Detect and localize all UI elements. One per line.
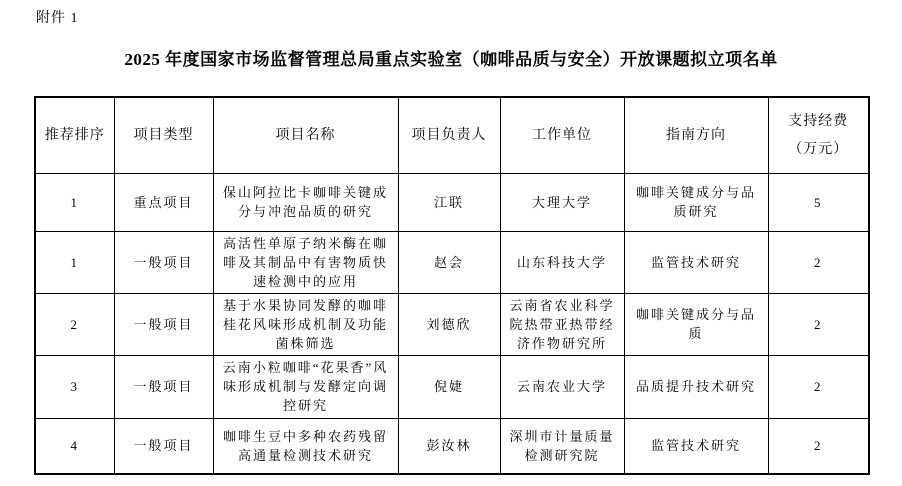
cell-rank: 2: [35, 293, 114, 355]
header-rank: 推荐排序: [35, 97, 114, 173]
cell-unit: 山东科技大学: [500, 231, 624, 293]
header-funding-line1: 支持经费: [774, 112, 864, 131]
cell-funding: 5: [768, 173, 869, 231]
header-name: 项目名称: [213, 97, 398, 173]
cell-rank: 3: [35, 355, 114, 418]
table-row: 4 一般项目 咖啡生豆中多种农药残留高通量检测技术研究 彭汝林 深圳市计量质量检…: [35, 418, 869, 474]
cell-leader: 赵会: [398, 231, 500, 293]
cell-unit: 大理大学: [500, 173, 624, 231]
header-unit: 工作单位: [500, 97, 624, 173]
cell-name: 咖啡生豆中多种农药残留高通量检测技术研究: [213, 418, 398, 474]
cell-unit: 云南农业大学: [500, 355, 624, 418]
cell-rank: 1: [35, 231, 114, 293]
table-row: 1 重点项目 保山阿拉比卡咖啡关键成分与冲泡品质的研究 江联 大理大学 咖啡关键…: [35, 173, 869, 231]
cell-name: 高活性单原子纳米酶在咖啡及其制品中有害物质快速检测中的应用: [213, 231, 398, 293]
table-header-row: 推荐排序 项目类型 项目名称 项目负责人 工作单位 指南方向 支持经费 （万元）: [35, 97, 869, 173]
cell-rank: 1: [35, 173, 114, 231]
table-row: 1 一般项目 高活性单原子纳米酶在咖啡及其制品中有害物质快速检测中的应用 赵会 …: [35, 231, 869, 293]
cell-leader: 倪婕: [398, 355, 500, 418]
table-row: 3 一般项目 云南小粒咖啡“花果香”风味形成机制与发酵定向调控研究 倪婕 云南农…: [35, 355, 869, 418]
cell-direction: 监管技术研究: [624, 418, 768, 474]
cell-name: 保山阿拉比卡咖啡关键成分与冲泡品质的研究: [213, 173, 398, 231]
header-type: 项目类型: [114, 97, 213, 173]
cell-direction: 监管技术研究: [624, 231, 768, 293]
table-row: 2 一般项目 基于水果协同发酵的咖啡桂花风味形成机制及功能菌株筛选 刘德欣 云南…: [35, 293, 869, 355]
projects-table-container: 推荐排序 项目类型 项目名称 项目负责人 工作单位 指南方向 支持经费 （万元）…: [34, 96, 870, 475]
cell-funding: 2: [768, 355, 869, 418]
cell-type: 重点项目: [114, 173, 213, 231]
cell-type: 一般项目: [114, 355, 213, 418]
cell-direction: 咖啡关键成分与品质研究: [624, 173, 768, 231]
attachment-label: 附件 1: [36, 7, 79, 27]
cell-direction: 品质提升技术研究: [624, 355, 768, 418]
cell-leader: 彭汝林: [398, 418, 500, 474]
cell-unit: 云南省农业科学院热带亚热带经济作物研究所: [500, 293, 624, 355]
cell-direction: 咖啡关键成分与品质: [624, 293, 768, 355]
cell-leader: 江联: [398, 173, 500, 231]
cell-name: 基于水果协同发酵的咖啡桂花风味形成机制及功能菌株筛选: [213, 293, 398, 355]
cell-type: 一般项目: [114, 293, 213, 355]
cell-name: 云南小粒咖啡“花果香”风味形成机制与发酵定向调控研究: [213, 355, 398, 418]
header-direction: 指南方向: [624, 97, 768, 173]
header-funding: 支持经费 （万元）: [768, 97, 869, 173]
cell-rank: 4: [35, 418, 114, 474]
cell-funding: 2: [768, 293, 869, 355]
cell-type: 一般项目: [114, 418, 213, 474]
page-title: 2025 年度国家市场监督管理总局重点实验室（咖啡品质与安全）开放课题拟立项名单: [0, 45, 902, 70]
cell-unit: 深圳市计量质量检测研究院: [500, 418, 624, 474]
cell-funding: 2: [768, 418, 869, 474]
projects-table: 推荐排序 项目类型 项目名称 项目负责人 工作单位 指南方向 支持经费 （万元）…: [34, 96, 870, 475]
cell-funding: 2: [768, 231, 869, 293]
cell-type: 一般项目: [114, 231, 213, 293]
cell-leader: 刘德欣: [398, 293, 500, 355]
header-funding-line2: （万元）: [774, 140, 864, 159]
header-leader: 项目负责人: [398, 97, 500, 173]
